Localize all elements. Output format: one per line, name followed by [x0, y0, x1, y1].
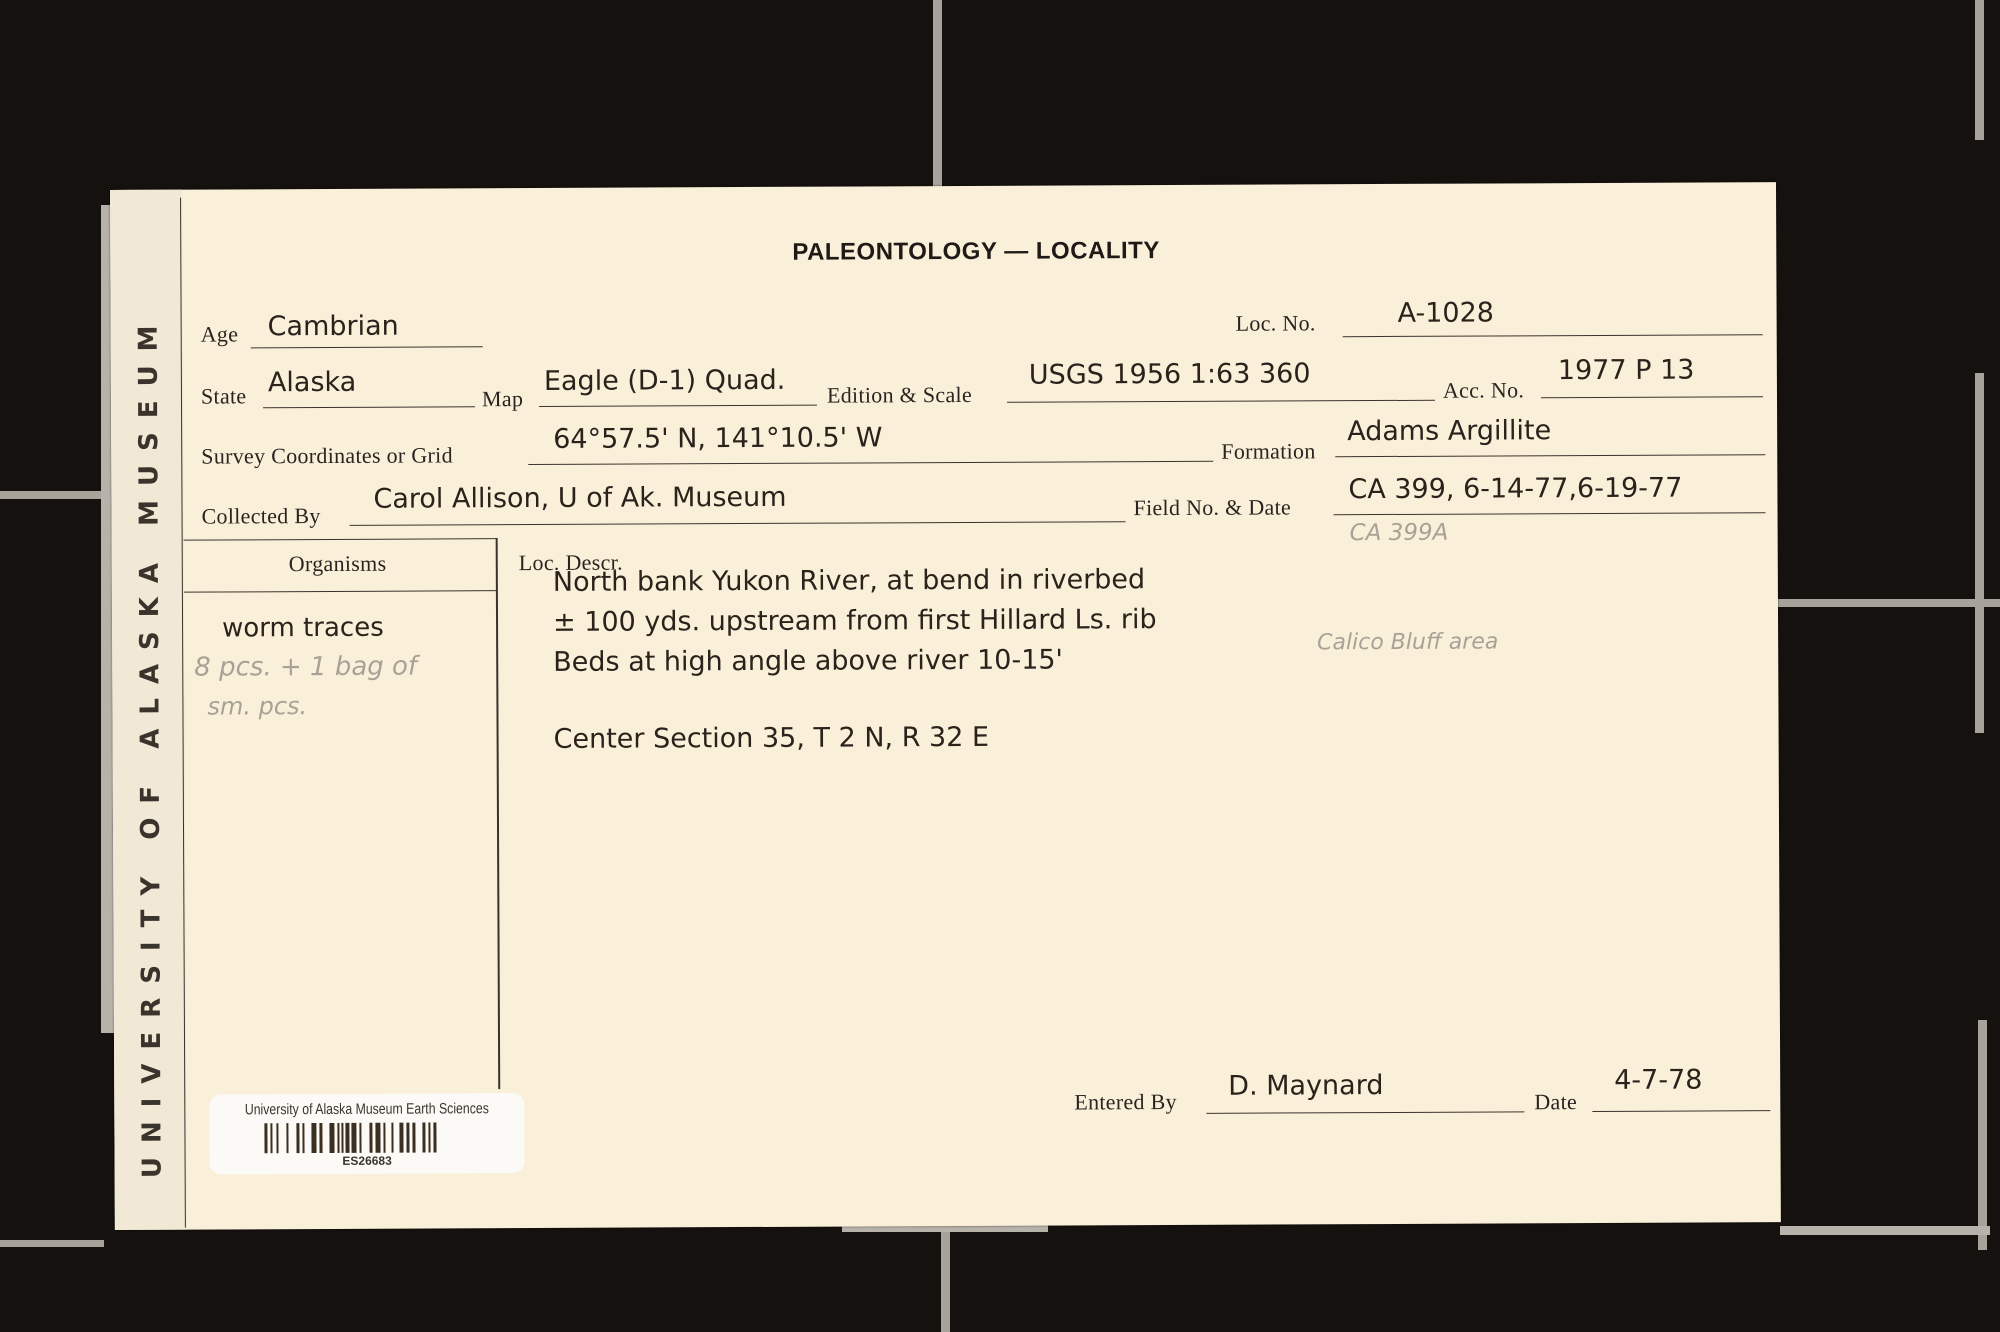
grid-line-vertical-right-mid [1975, 373, 1984, 733]
state-value: Alaska [268, 367, 356, 398]
mount-strip-bottom-right [1780, 1226, 1990, 1235]
age-label: Age [201, 321, 239, 347]
survey-line [528, 461, 1213, 465]
loc-no-line [1343, 334, 1763, 337]
edition-scale-value: USGS 1956 1:63 360 [1029, 358, 1311, 390]
survey-label: Survey Coordinates or Grid [201, 442, 453, 469]
field-no-date-value: CA 399, 6-14-77,6-19-77 [1348, 473, 1682, 506]
loc-descr-section: Center Section 35, T 2 N, R 32 E [554, 718, 990, 760]
organisms-header: Organisms [289, 551, 387, 577]
grid-line-vertical-right-top [1975, 0, 1984, 140]
formation-label: Formation [1221, 438, 1315, 464]
loc-descr-line2: ± 100 yds. upstream from first Hillard L… [553, 600, 1157, 643]
age-value: Cambrian [268, 311, 399, 343]
barcode-catalog-number: ES26683 [210, 1153, 525, 1168]
loc-no-label: Loc. No. [1236, 310, 1316, 336]
state-label: State [201, 383, 247, 409]
edition-scale-line [1007, 400, 1435, 403]
spine-institution-text: UNIVERSITY OF ALASKA MUSEUM [134, 311, 168, 1178]
loc-descr-line3: Beds at high angle above river 10-15' [553, 641, 1063, 683]
field-no-date-label: Field No. & Date [1133, 494, 1291, 521]
grid-line-vertical-top-center [933, 0, 942, 196]
collected-by-line [350, 521, 1126, 526]
map-line [539, 405, 817, 407]
collected-by-label: Collected By [201, 503, 320, 530]
entered-by-line [1206, 1111, 1524, 1113]
entered-date-label: Date [1534, 1089, 1577, 1115]
photo-stage: UNIVERSITY OF ALASKA MUSEUM PALEONTOLOGY… [0, 0, 2000, 1332]
entered-by-value: D. Maynard [1228, 1070, 1383, 1102]
entered-by-label: Entered By [1074, 1089, 1177, 1115]
edition-scale-label: Edition & Scale [827, 382, 972, 409]
entered-date-line [1592, 1110, 1770, 1112]
field-no-pencil-note: CA 399A [1350, 520, 1449, 546]
loc-no-value: A-1028 [1398, 297, 1494, 328]
locality-card: UNIVERSITY OF ALASKA MUSEUM PALEONTOLOGY… [110, 182, 1781, 1230]
barcode-icon [264, 1122, 474, 1153]
field-no-date-line [1334, 512, 1766, 515]
formation-value: Adams Argillite [1347, 415, 1551, 447]
organisms-value: worm traces [222, 613, 384, 644]
grid-line-vertical-bottom-center [941, 1228, 950, 1332]
survey-value: 64°57.5' N, 141°10.5' W [553, 422, 882, 455]
map-label: Map [482, 386, 523, 412]
entered-date-value: 4-7-78 [1614, 1065, 1702, 1096]
acc-no-line [1541, 396, 1763, 398]
age-line [251, 346, 483, 348]
organisms-pencil-line2: sm. pcs. [207, 692, 307, 720]
formation-line [1335, 454, 1765, 457]
barcode-label-org: University of Alaska Museum Earth Scienc… [238, 1100, 496, 1118]
acc-no-value: 1977 P 13 [1558, 355, 1695, 387]
map-value: Eagle (D-1) Quad. [544, 365, 786, 397]
card-title: PALEONTOLOGY — LOCALITY [792, 237, 1160, 267]
grid-line-horizontal-right [1772, 599, 2000, 607]
organisms-pencil-line1: 8 pcs. + 1 bag of [194, 652, 417, 683]
barcode-label: University of Alaska Museum Earth Scienc… [209, 1093, 524, 1174]
grid-line-vertical-right-bottom [1978, 1020, 1987, 1250]
loc-descr-pencil-note: Calico Bluff area [1317, 629, 1498, 655]
collected-by-value: Carol Allison, U of Ak. Museum [373, 482, 786, 515]
grid-line-horizontal-left-bottom [0, 1240, 104, 1247]
state-line [263, 406, 475, 408]
acc-no-label: Acc. No. [1443, 377, 1524, 403]
loc-descr-line1: North bank Yukon River, at bend in river… [553, 560, 1145, 603]
grid-line-horizontal-left [0, 491, 112, 499]
